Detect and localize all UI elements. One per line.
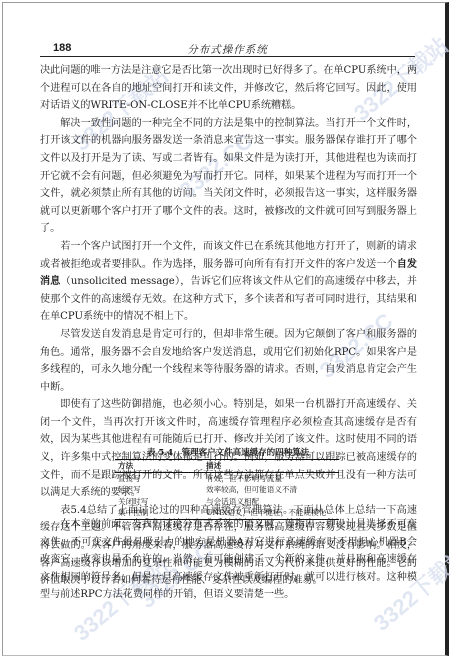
document-page: 3322下载站 3322.CC 3322下载站 3322下载站 3322.CC … — [2, 2, 449, 656]
table-caption: 表 5.4 管理客户文件高速缓存的四种算法 — [3, 446, 450, 458]
running-title: 分布式操作系统 — [40, 42, 415, 57]
closing-text: 在本章的前面，当我们讨论分布式系统的语义时，曾指出一种设计是选择不可变文件。不可… — [40, 516, 417, 604]
table-header-row: 方法 描述 — [115, 460, 339, 473]
paragraph-text: 若一个客户试图打开一个文件，而该文件已在系统其他地方打开了，则新的请求或者被拒绝… — [40, 241, 417, 270]
column-header-description: 描述 — [203, 460, 339, 473]
method-cell: 关闭时写 — [115, 496, 203, 508]
paragraph: 决此问题的唯一方法是注意它是否比第一次出现时已好得多了。在单CPU系统中，两个进… — [40, 62, 417, 115]
table-row: 关闭时写 与会话语义相配 — [115, 496, 339, 508]
paragraph: 尽管发送自发消息是肯定可行的，但却非常生硬。因为它颠倒了客户和服务器的角色。通常… — [40, 326, 417, 396]
algorithms-table: 方法 描述 直接写 有效，但不影响写流量 延迟写 效率较高，但可能语义不清 关闭… — [115, 459, 339, 520]
method-cell: 直接写 — [115, 472, 203, 484]
paragraph: 在本章的前面，当我们讨论分布式系统的语义时，曾指出一种设计是选择不可变文件。不可… — [40, 516, 417, 604]
paragraph-text: （unsolicited message），告诉它们应将该文件从它们的高速缓存中… — [40, 276, 417, 322]
paragraph: 解决一致性问题的一种完全不同的方法是集中的控制算法。当打开一个文件时，打开该文件… — [40, 115, 417, 238]
description-cell: 有效，但不影响写流量 — [203, 472, 339, 484]
header-rule — [40, 56, 415, 57]
description-cell: 效率较高，但可能语义不清 — [203, 484, 339, 496]
method-cell: 延迟写 — [115, 484, 203, 496]
table-row: 直接写 有效，但不影响写流量 — [115, 472, 339, 484]
column-header-method: 方法 — [115, 460, 203, 473]
description-cell: 与会话语义相配 — [203, 496, 339, 508]
paragraph: 若一个客户试图打开一个文件，而该文件已在系统其他地方打开了，则新的请求或者被拒绝… — [40, 238, 417, 326]
table-row: 延迟写 效率较高，但可能语义不清 — [115, 484, 339, 496]
